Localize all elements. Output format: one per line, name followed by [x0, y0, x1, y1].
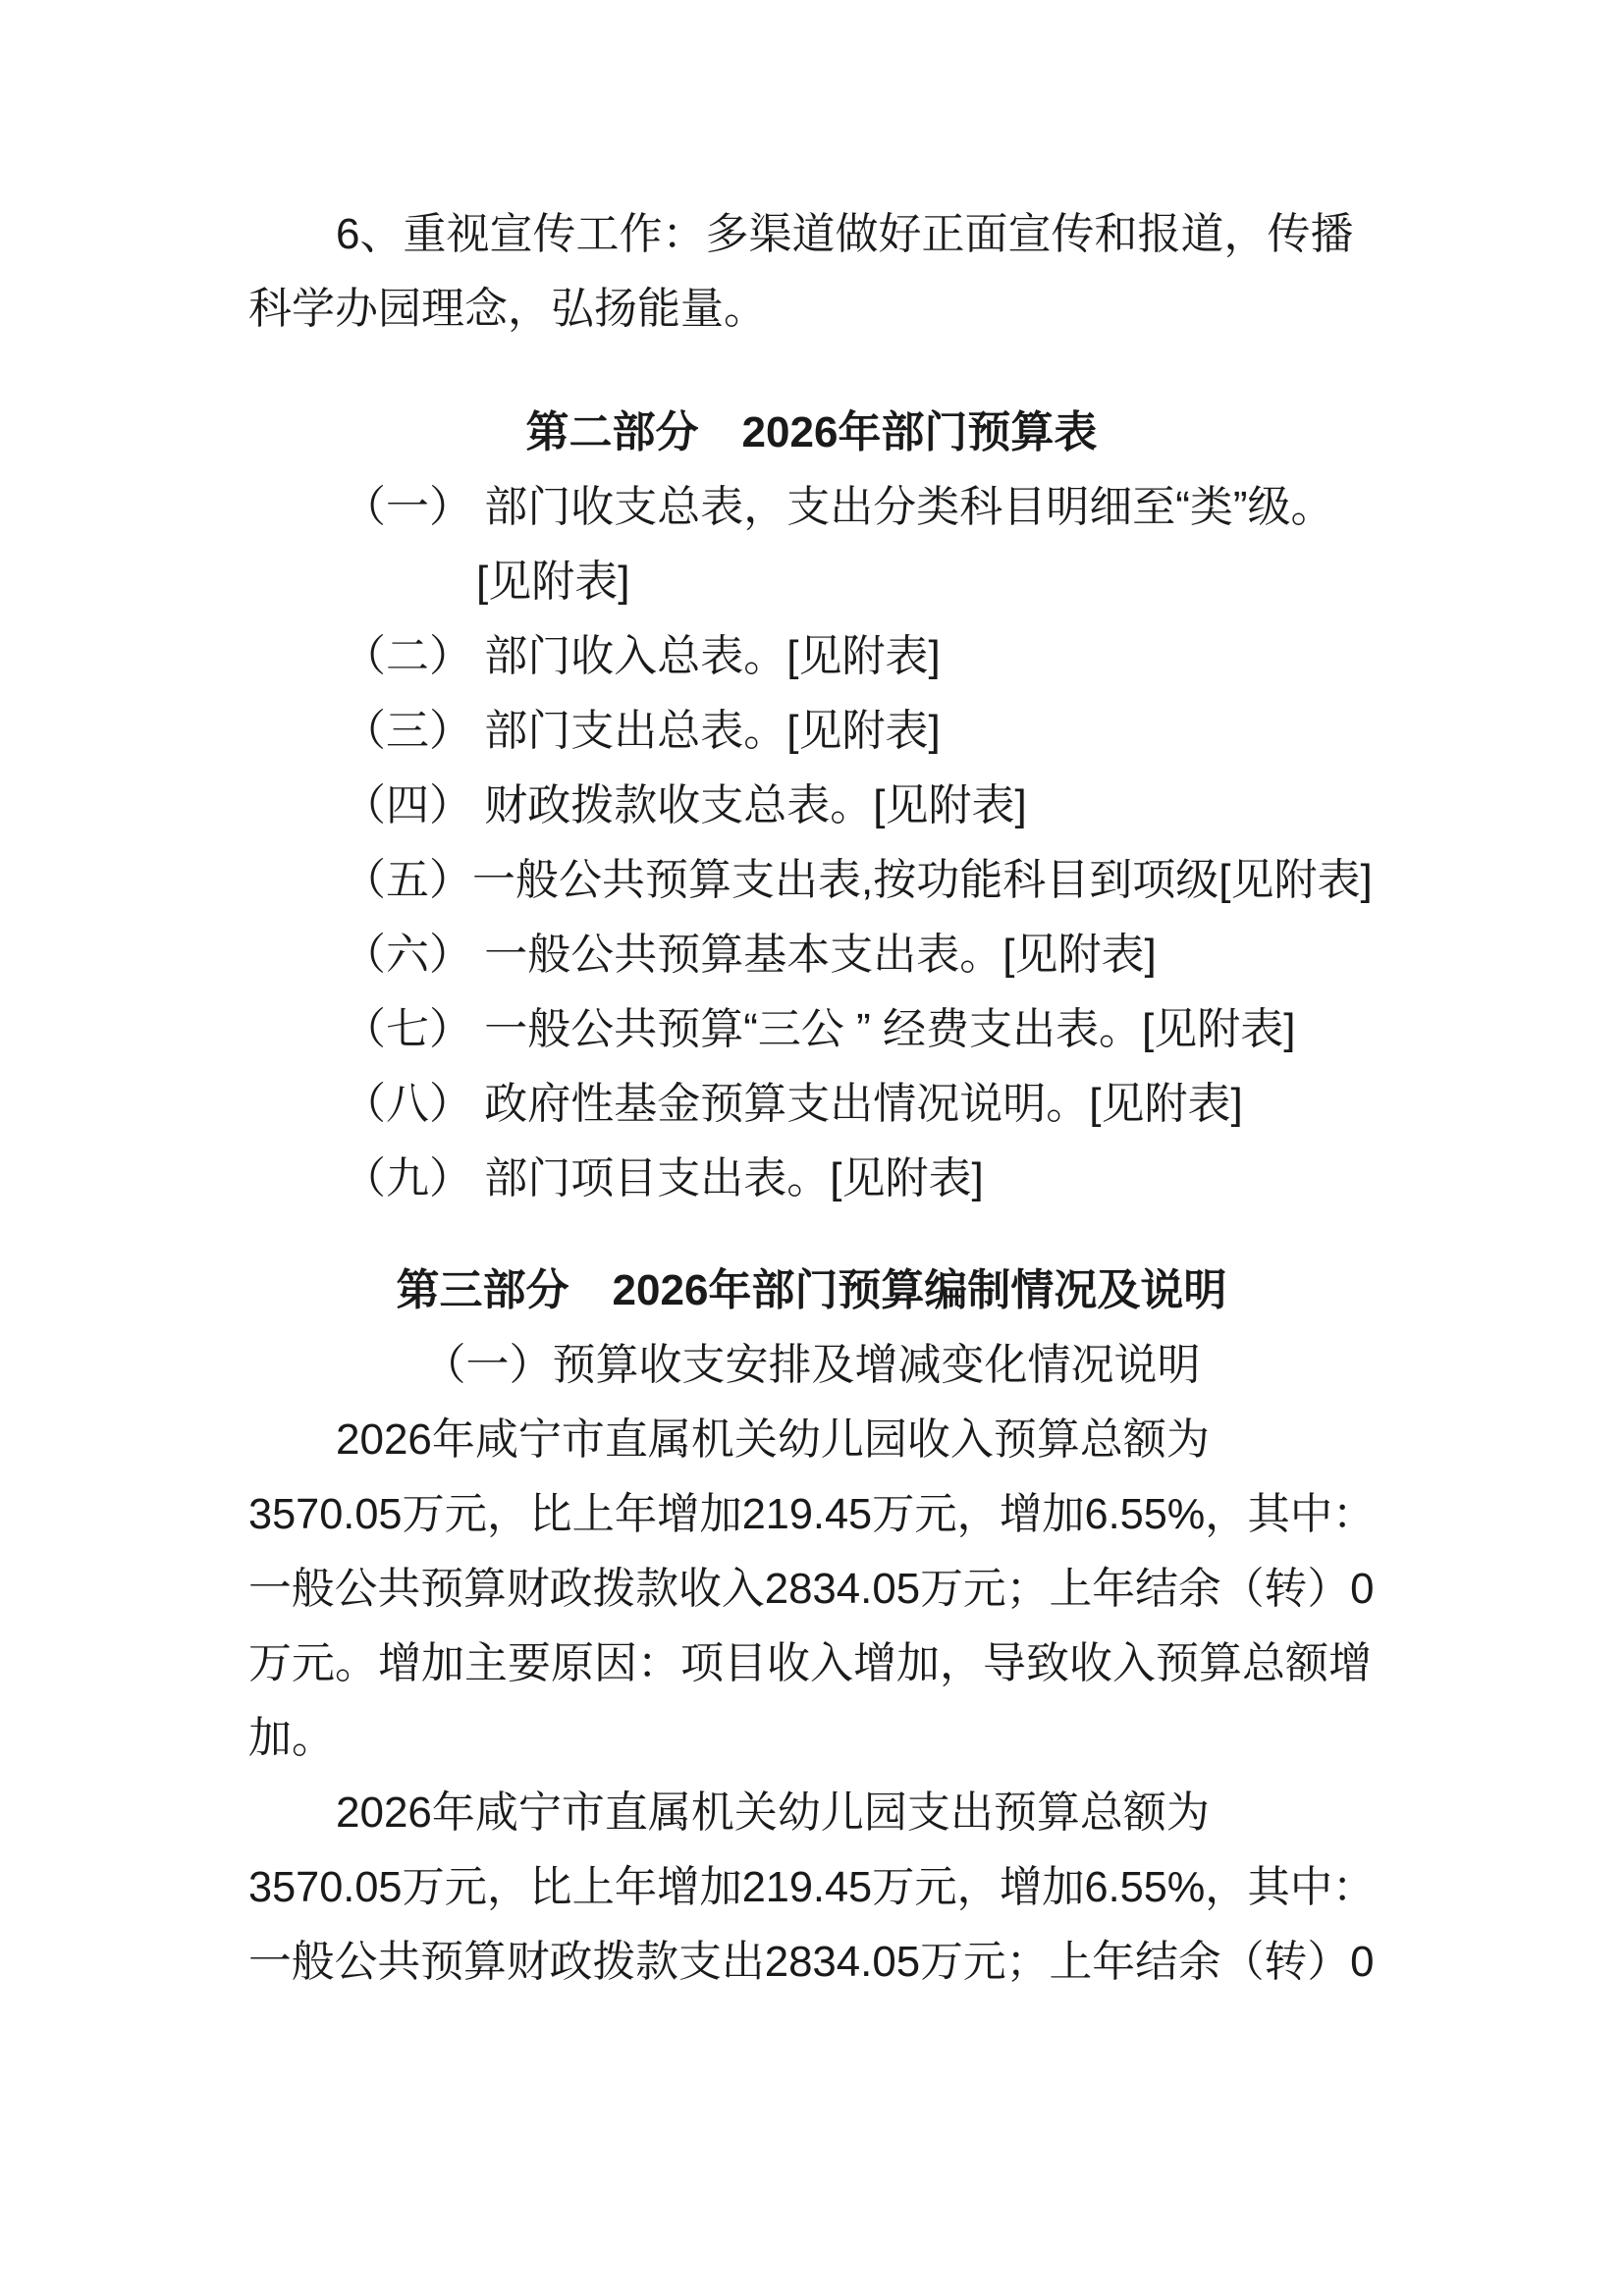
- budget-table-item-9: （九） 部门项目支出表。[见附表]: [248, 1142, 1375, 1216]
- budget-table-item-5: （五）一般公共预算支出表,按功能科目到项级[见附表]: [248, 843, 1375, 918]
- budget-table-item-3: （三） 部门支出总表。[见附表]: [248, 694, 1375, 769]
- intro-paragraph-line-1: 6、重视宣传工作：多渠道做好正面宣传和报道，传播: [248, 197, 1375, 272]
- attachment-note: [见附表]: [248, 545, 1375, 619]
- part3-subheading: （一）预算收支安排及增减变化情况说明: [248, 1328, 1375, 1403]
- expense-paragraph-line-1: 2026年咸宁市直属机关幼儿园支出预算总额为: [248, 1776, 1375, 1850]
- income-paragraph-line-4: 万元。增加主要原因：项目收入增加，导致收入预算总额增: [248, 1627, 1375, 1701]
- budget-table-item-2: （二） 部门收入总表。[见附表]: [248, 619, 1375, 694]
- income-paragraph-line-1: 2026年咸宁市直属机关幼儿园收入预算总额为: [248, 1403, 1375, 1477]
- income-paragraph-line-3: 一般公共预算财政拨款收入2834.05万元；上年结余（转）0: [248, 1552, 1370, 1627]
- budget-table-item-4: （四） 财政拨款收支总表。[见附表]: [248, 769, 1375, 843]
- document-page: 6、重视宣传工作：多渠道做好正面宣传和报道，传播 科学办园理念，弘扬能量。 第二…: [0, 0, 1624, 2296]
- budget-table-item-1: （一） 部门收支总表，支出分类科目明细至“类”级。: [248, 470, 1375, 545]
- part3-heading: 第三部分 2026年部门预算编制情况及说明: [248, 1254, 1375, 1328]
- income-paragraph-line-2: 3570.05万元，比上年增加219.45万元，增加6.55%，其中：: [248, 1477, 1356, 1552]
- budget-table-item-7: （七） 一般公共预算“三公 ” 经费支出表。[见附表]: [248, 992, 1375, 1067]
- expense-paragraph-line-2: 3570.05万元，比上年增加219.45万元，增加6.55%，其中：: [248, 1850, 1356, 1925]
- intro-paragraph-line-2: 科学办园理念，弘扬能量。: [248, 272, 1375, 347]
- budget-table-item-8: （八） 政府性基金预算支出情况说明。[见附表]: [248, 1067, 1375, 1142]
- part2-heading: 第二部分 2026年部门预算表: [248, 396, 1375, 470]
- budget-table-item-6: （六） 一般公共预算基本支出表。[见附表]: [248, 918, 1375, 992]
- income-paragraph-line-5: 加。: [248, 1701, 1375, 1776]
- expense-paragraph-line-3: 一般公共预算财政拨款支出2834.05万元；上年结余（转）0: [248, 1925, 1370, 2000]
